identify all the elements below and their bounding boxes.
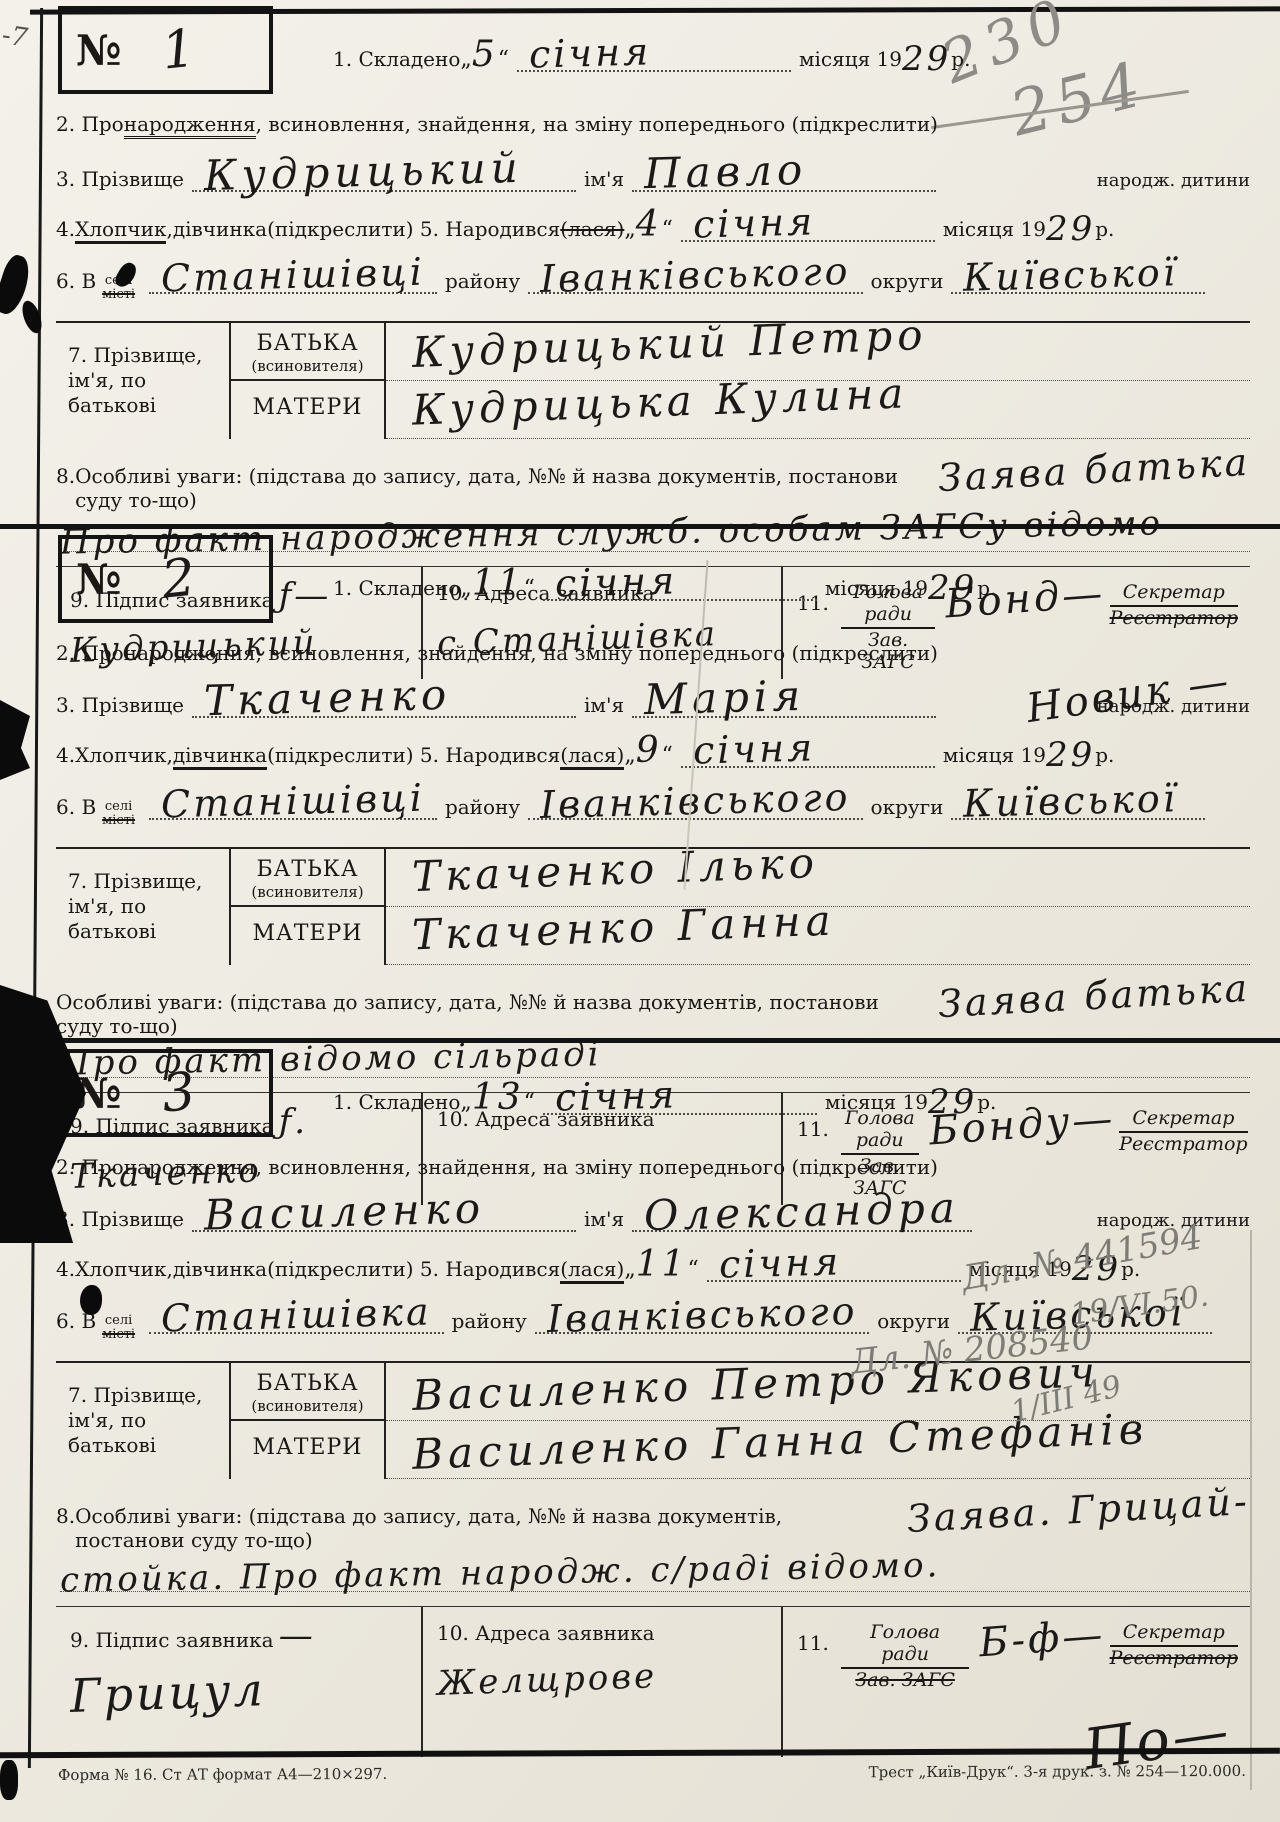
ink-blot <box>80 1285 102 1315</box>
father-name-value: Кудрицький Петро <box>411 316 928 372</box>
father-header: БАТЬКА <box>231 331 384 356</box>
sex-and-birthdate-line: 4. Хлопчик , дівчинка (підкреслити) 5. Н… <box>56 206 1250 244</box>
name-value: Марія <box>644 677 806 719</box>
boy-word: Хлопчик <box>75 743 166 767</box>
birth-month-value: січня <box>718 1244 841 1281</box>
year-label: р. <box>977 576 996 600</box>
quote-open: „ <box>624 1257 635 1282</box>
quote-close: “ <box>524 576 535 601</box>
parents-label: 7. Прізвище, ім'я, по батькові <box>68 1383 202 1457</box>
birth-month-value: січня <box>692 204 815 241</box>
compiled-day: 13 <box>472 1082 524 1114</box>
record-number-box: № 1 <box>58 6 273 94</box>
okruha-label: округи <box>877 1309 950 1333</box>
quote-close: “ <box>498 47 509 72</box>
line2-rest: , всиновлення, знайдення, на зміну попер… <box>256 112 938 136</box>
quote-open: „ <box>460 47 471 72</box>
adopter-header: (всиновителя) <box>251 357 363 375</box>
surname-value: Кудрицький <box>204 149 524 195</box>
child-birth-label: народж. дитини <box>1097 170 1250 191</box>
print-shop-footer: Форма № 16. Ст АТ формат А4—210×297. Тре… <box>0 1748 1280 1822</box>
father-header: БАТЬКА <box>231 857 384 882</box>
place-line: 6. В селі місті Станішівці району Іванкі… <box>56 258 1250 305</box>
city-word: місті <box>102 1328 135 1342</box>
line2-underlined-word: народження <box>124 112 256 139</box>
surname-label: 3. Прізвище <box>56 167 184 191</box>
compiled-month: січня <box>554 1077 677 1114</box>
quote-close: “ <box>662 743 673 768</box>
mother-name-value: Кудрицька Кулина <box>411 375 908 430</box>
month-label: місяця 19 <box>799 47 902 71</box>
compiled-year: 29 <box>928 573 977 604</box>
line4-pre: 4. <box>56 217 75 241</box>
line4-rest: (підкреслити) 5. Народився <box>267 1257 560 1281</box>
remarks-handwriting: Заява батька <box>937 445 1251 495</box>
no-label: № <box>76 26 122 75</box>
line2-rest: , всиновлення, знайдення, на зміну попер… <box>256 641 938 665</box>
birth-day-value: 4 <box>636 209 662 241</box>
lasia-word: (лася) <box>560 1257 624 1284</box>
remarks-line2: стойка. Про факт народж. с/раді відомо. <box>60 1558 1250 1592</box>
village-word: селі <box>102 800 135 814</box>
girl-word: дівчинка <box>173 743 267 770</box>
surname-value: Ткаченко <box>204 676 452 720</box>
okruha-value: Київської <box>963 781 1179 821</box>
quote-open: „ <box>624 217 635 242</box>
remarks-label: Особливі уваги: (підстава до запису, дат… <box>56 990 924 1038</box>
adopter-header: (всиновителя) <box>251 883 363 901</box>
month-label: місяця 19 <box>825 1090 928 1114</box>
mother-header: МАТЕРИ <box>231 921 384 946</box>
record-number-box: № 2 <box>58 535 273 623</box>
month-label: місяця 19 <box>943 743 1046 767</box>
compiled-label: 1. Складено <box>333 576 460 600</box>
boy-word: Хлопчик <box>75 1257 166 1281</box>
head-of-council-label: Голова ради <box>841 1621 970 1669</box>
month-label: місяця 19 <box>943 217 1046 241</box>
head-signature-value: Б-ф— <box>978 1617 1106 1662</box>
compiled-day: 5 <box>472 39 498 71</box>
compiled-line: 1. Складено „ 13 “ січня місяця 19 29 р. <box>333 1079 1250 1115</box>
village-word: селі <box>102 1314 135 1328</box>
printer-note: Трест „Київ-Друк“. 3-я друк. з. № 254—12… <box>869 1762 1246 1781</box>
year-label: р. <box>977 1090 996 1114</box>
item11-number: 11. <box>797 1621 829 1655</box>
name-label: ім'я <box>584 167 624 191</box>
record-block-1: № 1 1. Складено „ 5 “ січня місяця 19 29… <box>0 0 1280 524</box>
birth-day-value: 9 <box>636 735 662 767</box>
applicant-signature-value: Грицул <box>69 1664 415 1717</box>
record-type-line: 2. Про народження , всиновлення, знайден… <box>56 641 1250 665</box>
parents-label: 7. Прізвище, ім'я, по батькові <box>68 343 202 417</box>
applicant-signature-label: 9. Підпис заявника <box>70 1628 274 1652</box>
line2-rest: , всиновлення, знайдення, на зміну попер… <box>256 1155 938 1179</box>
record-type-line: 2. Про народження , всиновлення, знайден… <box>56 112 1250 139</box>
quote-close: “ <box>524 1090 535 1115</box>
line4-rest: (підкреслити) 5. Народився <box>267 743 560 767</box>
lasia-word: (лася) <box>560 743 624 770</box>
record-type-line: 2. Про народження , всиновлення, знайден… <box>56 1155 1250 1179</box>
mother-header: МАТЕРИ <box>231 395 384 420</box>
surname-line: 3. Прізвище Кудрицький ім'я Павло народж… <box>56 153 1250 192</box>
quote-close: “ <box>662 217 673 242</box>
quote-open: „ <box>624 743 635 768</box>
surname-label: 3. Прізвище <box>56 1207 184 1231</box>
record-number-value: 2 <box>159 554 200 604</box>
line2-pre: 2. Про <box>56 1155 124 1179</box>
quote-open: „ <box>460 576 471 601</box>
remarks-number: 8. <box>56 1504 75 1528</box>
village-value: Станішівці <box>161 781 426 822</box>
record-block-2: № 2 1. Складено „ 11 “ січня місяця 19 2… <box>0 524 1280 1038</box>
raion-value: Іванківського <box>546 1294 857 1336</box>
remarks-handwriting-2: стойка. Про факт народж. с/раді відомо. <box>60 1551 941 1597</box>
city-word: місті <box>102 288 135 302</box>
okruha-label: округи <box>871 269 944 293</box>
parents-table: 7. Прізвище, ім'я, по батькові БАТЬКА (в… <box>56 1361 1250 1479</box>
village-value: Станішівці <box>161 255 426 296</box>
adopter-header: (всиновителя) <box>251 1397 363 1415</box>
raion-label: району <box>445 795 520 819</box>
compiled-label: 1. Складено <box>333 1090 460 1114</box>
child-birth-label: народж. дитини <box>1097 696 1250 717</box>
no-label: № <box>76 555 122 604</box>
secretary-label: Секретар <box>1110 1621 1238 1647</box>
remarks-number: 8. <box>56 464 75 488</box>
name-value: Павло <box>644 151 808 193</box>
raion-value: Іванківського <box>540 254 851 296</box>
in-label: 6. В <box>56 269 96 293</box>
quote-open: „ <box>460 1090 471 1115</box>
birth-month-value: січня <box>692 730 815 767</box>
raion-value: Іванківського <box>540 780 851 822</box>
father-header: БАТЬКА <box>231 1371 384 1396</box>
surname-line: 3. Прізвище Ткаченко ім'я Марія народж. … <box>56 679 1250 718</box>
scanned-registry-page: -7 230 254 № 1 1. Складено „ 5 “ січня м… <box>0 0 1280 1822</box>
in-label: 6. В <box>56 795 96 819</box>
signatures-row: 9. Підпис заявника — Грицул 10. Адреса з… <box>56 1606 1250 1757</box>
lasia-word: (лася) <box>560 217 624 241</box>
mother-header: МАТЕРИ <box>231 1435 384 1460</box>
compiled-label: 1. Складено <box>333 47 460 71</box>
zags-manager-label: Зав. ЗАГС <box>841 1669 970 1691</box>
remarks-handwriting: Заява батька <box>937 971 1251 1021</box>
birth-year-value: 29 <box>1046 214 1095 245</box>
compiled-month: січня <box>529 34 652 71</box>
okruha-label: округи <box>871 795 944 819</box>
quote-close: “ <box>688 1257 699 1282</box>
surname-line: 3. Прізвище Василенко ім'я Олександра на… <box>56 1193 1250 1232</box>
line2-word: народження <box>124 1155 256 1179</box>
raion-label: району <box>445 269 520 293</box>
remarks-line: Особливі уваги: (підстава до запису, дат… <box>56 979 1250 1038</box>
compiled-year: 29 <box>902 44 951 75</box>
line2-word: народження <box>124 641 256 665</box>
city-word: місті <box>102 814 135 828</box>
applicant-signature-mark: — <box>279 1616 316 1656</box>
remarks-handwriting: Заява. Грицай- <box>906 1484 1250 1536</box>
line4-pre: 4. <box>56 743 75 767</box>
boy-word: Хлопчик <box>75 217 166 244</box>
birth-day-value: 11 <box>636 1249 688 1281</box>
applicant-address-label: 10. Адреса заявника <box>437 1621 655 1645</box>
sex-and-birthdate-line: 4. Хлопчик , дівчинка (підкреслити) 5. Н… <box>56 732 1250 770</box>
line4-pre: 4. <box>56 1257 75 1281</box>
mother-name-value: Ткаченко Ганна <box>411 902 836 955</box>
line2-pre: 2. Про <box>56 112 124 136</box>
applicant-address-value: Желщрове <box>437 1657 776 1699</box>
okruha-value: Київської <box>963 255 1179 295</box>
year-label: р. <box>1095 217 1114 241</box>
father-name-value: Ткаченко Ілько <box>411 844 819 896</box>
surname-label: 3. Прізвище <box>56 693 184 717</box>
birth-year-value: 29 <box>1046 740 1095 771</box>
compiled-line: 1. Складено „ 11 “ січня місяця 19 29 р. <box>333 565 1250 601</box>
compiled-year: 29 <box>928 1087 977 1118</box>
remarks-label: Особливі уваги: (підстава до запису, дат… <box>75 1504 893 1552</box>
parents-table: 7. Прізвище, ім'я, по батькові БАТЬКА (в… <box>56 847 1250 965</box>
girl-word: дівчинка <box>173 217 267 241</box>
compiled-month: січня <box>554 563 677 600</box>
parents-table: 7. Прізвище, ім'я, по батькові БАТЬКА (в… <box>56 321 1250 439</box>
record-number-value: 1 <box>159 25 200 75</box>
name-label: ім'я <box>584 693 624 717</box>
registrar-label: Реєстратор <box>1110 1647 1238 1669</box>
place-line: 6. В селі місті Станішівці району Іванкі… <box>56 784 1250 831</box>
raion-label: району <box>452 1309 527 1333</box>
remarks-line: 8. Особливі уваги: (підстава до запису, … <box>56 453 1250 512</box>
village-value: Станішівка <box>161 1294 432 1335</box>
year-label: р. <box>1095 743 1114 767</box>
record-number-value: 3 <box>159 1068 200 1118</box>
parents-label: 7. Прізвище, ім'я, по батькові <box>68 869 202 943</box>
year-label: р. <box>951 47 970 71</box>
surname-value: Василенко <box>204 1189 486 1234</box>
line2-pre: 2. Про <box>56 641 124 665</box>
remarks-line: 8. Особливі уваги: (підстава до запису, … <box>56 1493 1250 1552</box>
month-label: місяця 19 <box>825 576 928 600</box>
line4-rest: (підкреслити) 5. Народився <box>267 217 560 241</box>
compiled-line: 1. Складено „ 5 “ січня місяця 19 29 р. <box>333 36 1250 72</box>
girl-word: дівчинка <box>173 1257 267 1281</box>
record-number-box: № 3 <box>58 1049 273 1137</box>
compiled-day: 11 <box>472 568 524 600</box>
form-number-note: Форма № 16. Ст АТ формат А4—210×297. <box>58 1765 387 1784</box>
name-value: Олександра <box>644 1189 961 1235</box>
remarks-label: Особливі уваги: (підстава до запису, дат… <box>75 464 924 512</box>
name-label: ім'я <box>584 1207 624 1231</box>
